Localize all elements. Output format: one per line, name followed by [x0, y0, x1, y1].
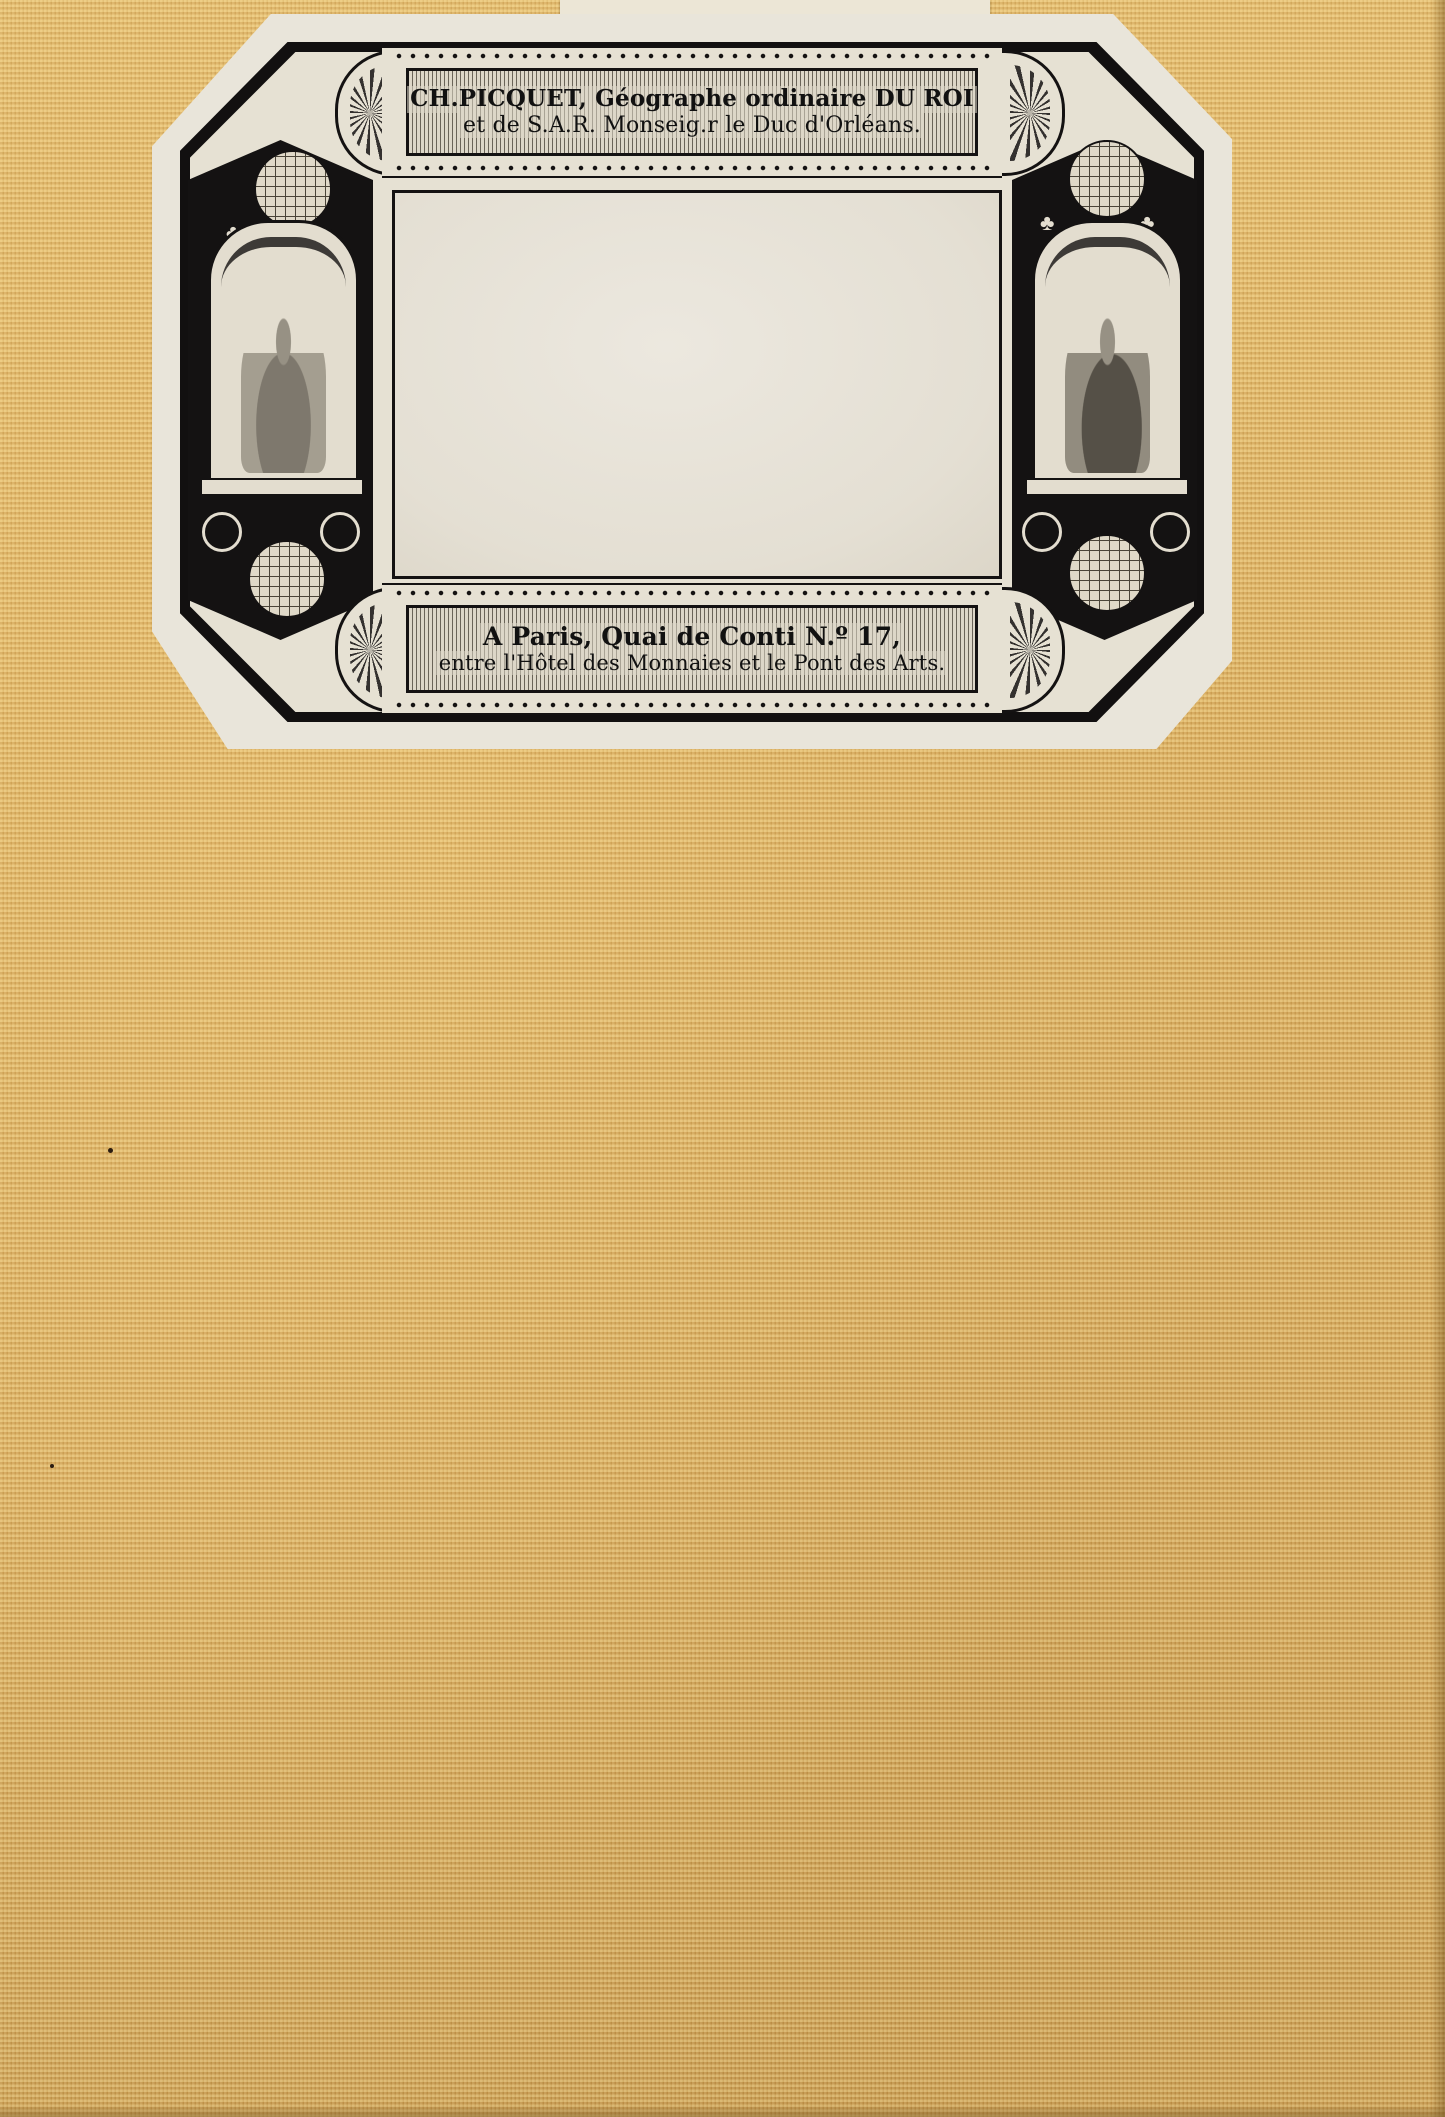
dotted-border [392, 164, 992, 172]
globe-icon [248, 540, 326, 618]
flower-icon [1022, 512, 1062, 552]
dotted-border [392, 52, 992, 60]
publisher-location: entre l'Hôtel des Monnaies et le Pont de… [436, 651, 949, 675]
publisher-name: CH.PICQUET, Géographe ordinaire DU ROI [407, 86, 977, 112]
flower-icon [320, 512, 360, 552]
flower-icon [202, 512, 242, 552]
dotted-border [392, 589, 992, 597]
arch-tracery [1045, 237, 1170, 307]
cover-edge-bottom [0, 2105, 1445, 2117]
bottom-cartouche: A Paris, Quai de Conti N.º 17, entre l'H… [406, 605, 978, 693]
right-gothic-arch [1032, 220, 1183, 486]
top-cartouche-band: CH.PICQUET, Géographe ordinaire DU ROI e… [382, 46, 1002, 178]
bottom-cartouche-band: A Paris, Quai de Conti N.º 17, entre l'H… [382, 583, 1002, 715]
ink-speck [50, 1464, 54, 1468]
cover-edge-right [1431, 0, 1445, 2117]
ink-speck [108, 1148, 113, 1153]
arch-tracery [221, 237, 346, 307]
publisher-patron: et de S.A.R. Monseig.r le Duc d'Orléans. [460, 113, 924, 138]
left-gothic-arch [208, 220, 359, 486]
right-seated-figure [1065, 313, 1150, 473]
flower-icon [1150, 512, 1190, 552]
club-icon: ♣ [1040, 212, 1054, 234]
globe-icon [1068, 140, 1146, 218]
top-cartouche: CH.PICQUET, Géographe ordinaire DU ROI e… [406, 68, 978, 156]
paper-strip-top [560, 0, 990, 14]
dotted-border [392, 701, 992, 709]
publisher-address: A Paris, Quai de Conti N.º 17, [480, 623, 904, 652]
globe-icon [1068, 534, 1146, 612]
right-plinth [1025, 478, 1189, 496]
left-seated-figure [241, 313, 326, 473]
blank-title-panel [392, 190, 1002, 579]
globe-icon [254, 150, 332, 228]
left-plinth [200, 478, 364, 496]
